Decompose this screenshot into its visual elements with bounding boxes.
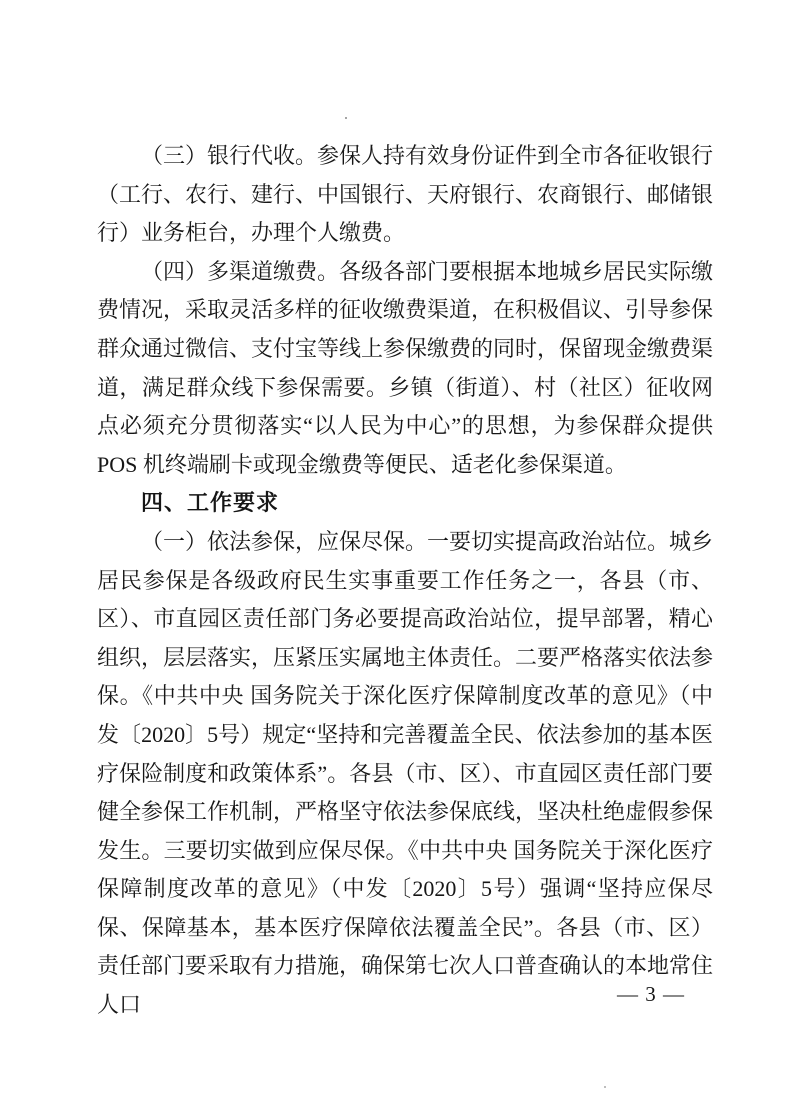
- section-heading-work-requirements: 四、工作要求: [97, 484, 713, 523]
- scan-artifact-dot: [345, 117, 347, 119]
- paragraph-multichannel-payment: （四）多渠道缴费。各级各部门要根据本地城乡居民实际缴费情况，采取灵活多样的征收缴…: [97, 253, 713, 485]
- paragraph-bank-collection: （三）银行代收。参保人持有效身份证件到全市各征收银行（工行、农行、建行、中国银行…: [97, 137, 713, 253]
- document-body: （三）银行代收。参保人持有效身份证件到全市各征收银行（工行、农行、建行、中国银行…: [97, 137, 713, 1025]
- document-page: （三）银行代收。参保人持有效身份证件到全市各征收银行（工行、农行、建行、中国银行…: [0, 0, 787, 1113]
- page-number: — 3 —: [596, 980, 706, 1008]
- paragraph-lawful-enrollment: （一）依法参保，应保尽保。一要切实提高政治站位。城乡居民参保是各级政府民生实事重…: [97, 523, 713, 1025]
- scan-artifact-dot: [604, 1086, 606, 1088]
